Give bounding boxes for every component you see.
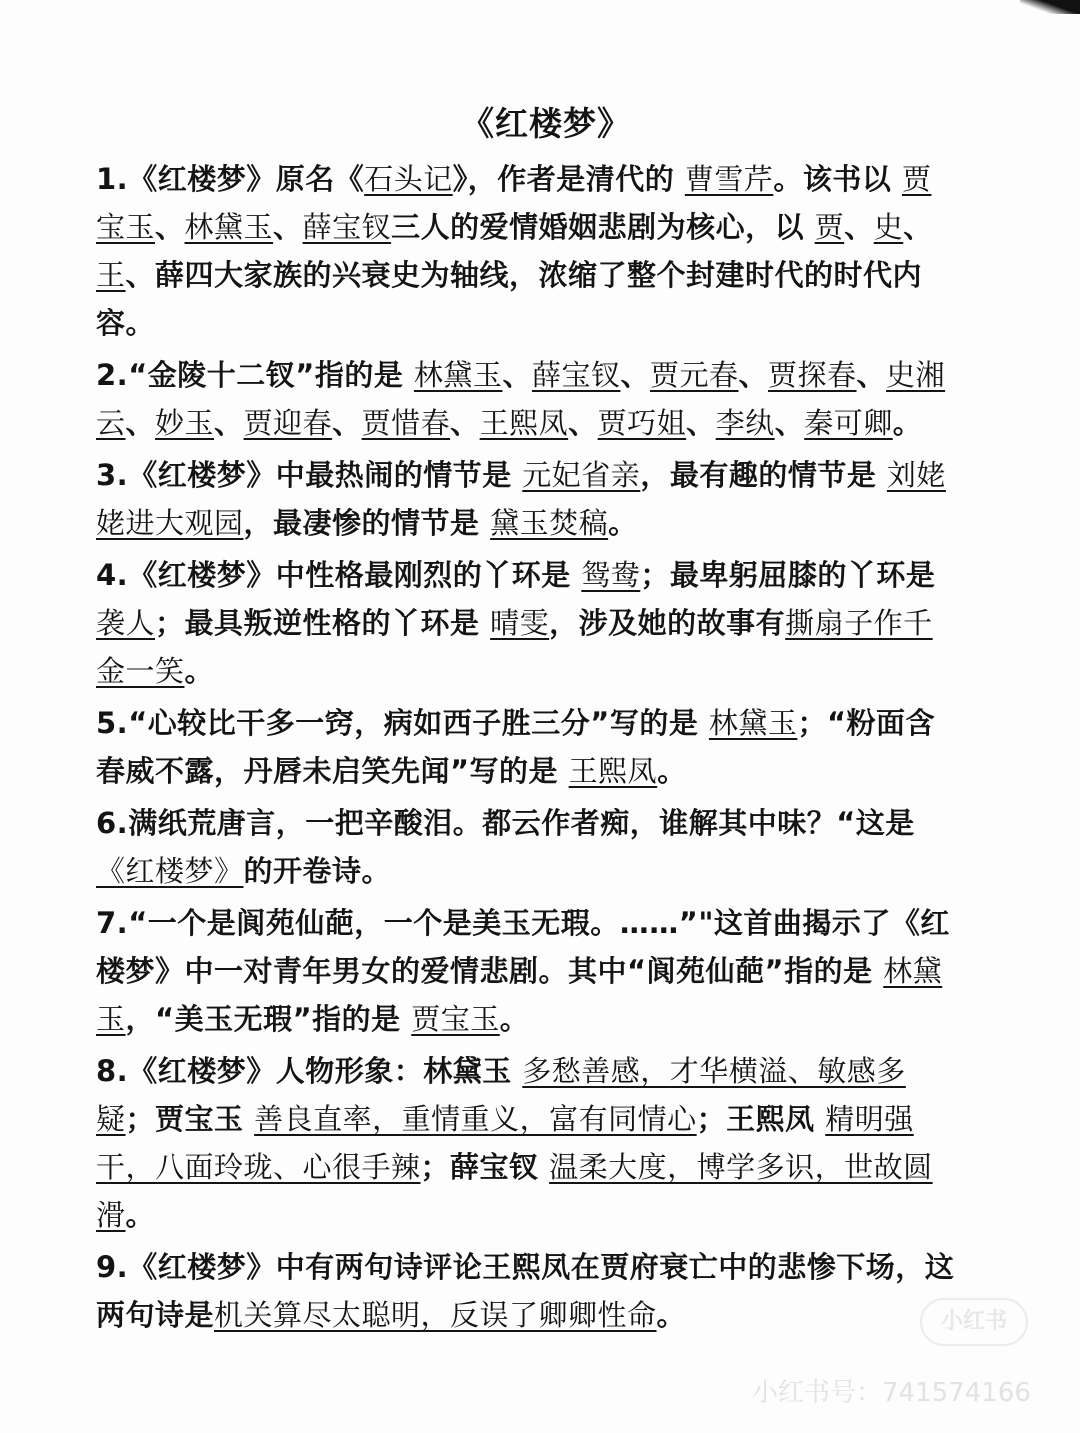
answer-blank: 石头记: [364, 162, 453, 196]
answer-blank: 袭人: [96, 606, 155, 640]
question-text: 4.《红楼梦》中性格最刚烈的丫环是: [96, 558, 581, 592]
question-text: ；贾宝玉: [126, 1102, 255, 1136]
question-text: 、: [844, 210, 874, 244]
question-text: 》，作者是清代的: [453, 162, 685, 196]
question-text: 。该书以: [773, 162, 902, 196]
question-text: 、: [273, 210, 303, 244]
question-item-9: 9.《红楼梦》中有两句诗评论王熙凤在贾府衰亡中的悲惨下场，这两句诗是机关算尽太聪…: [96, 1243, 956, 1339]
question-text: 2.“金陵十二钗”指的是: [96, 358, 414, 392]
question-text: 的开卷诗。: [244, 854, 392, 888]
question-text: 3.《红楼梦》中最热闹的情节是: [96, 458, 522, 492]
question-text: ，最有趣的情节是: [640, 458, 887, 492]
answer-blank: 林黛玉: [709, 706, 798, 740]
question-text: 、: [568, 406, 598, 440]
question-text: 、: [502, 358, 532, 392]
question-text: 、: [155, 210, 185, 244]
answer-blank: 史: [874, 210, 904, 244]
question-text: ，涉及她的故事有: [549, 606, 785, 640]
question-item-4: 4.《红楼梦》中性格最刚烈的丫环是 鸳鸯；最卑躬屈膝的丫环是 袭人；最具叛逆性格…: [96, 551, 956, 695]
document-page: 《红楼梦》 1.《红楼梦》原名《石头记》，作者是清代的 曹雪芹。该书以 贾宝玉、…: [96, 98, 956, 1343]
question-item-7: 7.“一个是阆苑仙葩，一个是美玉无瑕。……”"这首曲揭示了《红楼梦》中一对青年男…: [96, 899, 956, 1043]
question-text: 7.“一个是阆苑仙葩，一个是美玉无瑕。……”"这首曲揭示了《红楼梦》中一对青年男…: [96, 906, 950, 988]
answer-blank: 林黛玉: [185, 210, 274, 244]
question-text: 。: [608, 506, 638, 540]
question-text: ；最具叛逆性格的丫环是: [155, 606, 490, 640]
answer-blank: 《红楼梦》: [96, 854, 244, 888]
answer-blank: 机关算尽太聪明，反误了卿卿性命: [214, 1298, 657, 1332]
question-text: 、: [620, 358, 650, 392]
question-text: ；最卑躬屈膝的丫环是: [640, 558, 935, 592]
answer-blank: 秦可卿: [804, 406, 893, 440]
answer-blank: 晴雯: [490, 606, 549, 640]
question-item-5: 5.“心较比干多一窍，病如西子胜三分”写的是 林黛玉；“粉面含春威不露，丹唇未启…: [96, 699, 956, 795]
question-item-2: 2.“金陵十二钗”指的是 林黛玉、薛宝钗、贾元春、贾探春、史湘云、妙玉、贾迎春、…: [96, 351, 956, 447]
xiaohongshu-logo-icon: 小红书: [920, 1298, 1028, 1346]
photo-edge-shadow: [1020, 0, 1080, 14]
answer-blank: 贾探春: [768, 358, 857, 392]
question-text: 、: [332, 406, 362, 440]
answer-blank: 林黛玉: [414, 358, 503, 392]
question-item-8: 8.《红楼梦》人物形象：林黛玉 多愁善感，才华横溢、敏感多疑；贾宝玉 善良直率，…: [96, 1047, 956, 1239]
answer-blank: 贾宝玉: [411, 1002, 500, 1036]
answer-blank: 贾惜春: [362, 406, 451, 440]
question-text: 、: [857, 358, 887, 392]
answer-blank: 贾迎春: [244, 406, 333, 440]
answer-blank: 薛宝钗: [532, 358, 621, 392]
question-text: 。: [185, 654, 215, 688]
answer-blank: 贾: [815, 210, 845, 244]
document-title: 《红楼梦》: [96, 98, 956, 145]
answer-blank: 善良直率，重情重义，富有同情心: [254, 1102, 697, 1136]
question-text: 、: [686, 406, 716, 440]
question-text: 、: [214, 406, 244, 440]
question-text: 、: [126, 406, 156, 440]
answer-blank: 王熙凤: [480, 406, 569, 440]
question-text: 、: [903, 210, 933, 244]
question-text: 。: [126, 1198, 156, 1232]
answer-blank: 王熙凤: [569, 754, 658, 788]
question-text: 。: [500, 1002, 530, 1036]
question-text: 。: [657, 1298, 687, 1332]
question-text: 。: [893, 406, 923, 440]
answer-blank: 王: [96, 258, 126, 292]
question-text: ，最凄惨的情节是: [244, 506, 491, 540]
question-text: 。: [657, 754, 687, 788]
question-item-1: 1.《红楼梦》原名《石头记》，作者是清代的 曹雪芹。该书以 贾宝玉、林黛玉、薛宝…: [96, 155, 956, 347]
answer-blank: 贾巧姐: [598, 406, 687, 440]
question-text: 6.满纸荒唐言，一把辛酸泪。都云作者痴，谁解其中味？“这是: [96, 806, 915, 840]
question-text: ，“美玉无瑕”指的是: [126, 1002, 412, 1036]
question-text: 、薛四大家族的兴衰史为轴线，浓缩了整个封建时代的时代内容。: [96, 258, 922, 340]
question-text: ；王熙凤: [697, 1102, 826, 1136]
question-text: 、: [450, 406, 480, 440]
answer-blank: 薛宝钗: [303, 210, 392, 244]
watermark-account-id: 小红书号：741574166: [752, 1372, 1031, 1409]
answer-blank: 曹雪芹: [685, 162, 774, 196]
question-text: 8.《红楼梦》人物形象：林黛玉: [96, 1054, 522, 1088]
question-list: 1.《红楼梦》原名《石头记》，作者是清代的 曹雪芹。该书以 贾宝玉、林黛玉、薛宝…: [96, 155, 956, 1339]
answer-blank: 鸳鸯: [581, 558, 640, 592]
question-text: 、: [775, 406, 805, 440]
answer-blank: 妙玉: [155, 406, 214, 440]
answer-blank: 李纨: [716, 406, 775, 440]
answer-blank: 元妃省亲: [522, 458, 640, 492]
question-text: 三人的爱情婚姻悲剧为核心，以: [391, 210, 815, 244]
question-text: ；薛宝钗: [421, 1150, 550, 1184]
answer-blank: 贾元春: [650, 358, 739, 392]
question-item-6: 6.满纸荒唐言，一把辛酸泪。都云作者痴，谁解其中味？“这是《红楼梦》的开卷诗。: [96, 799, 956, 895]
question-text: 5.“心较比干多一窍，病如西子胜三分”写的是: [96, 706, 709, 740]
answer-blank: 黛玉焚稿: [490, 506, 608, 540]
question-text: 、: [739, 358, 769, 392]
question-text: 1.《红楼梦》原名《: [96, 162, 364, 196]
question-item-3: 3.《红楼梦》中最热闹的情节是 元妃省亲，最有趣的情节是 刘姥姥进大观园，最凄惨…: [96, 451, 956, 547]
